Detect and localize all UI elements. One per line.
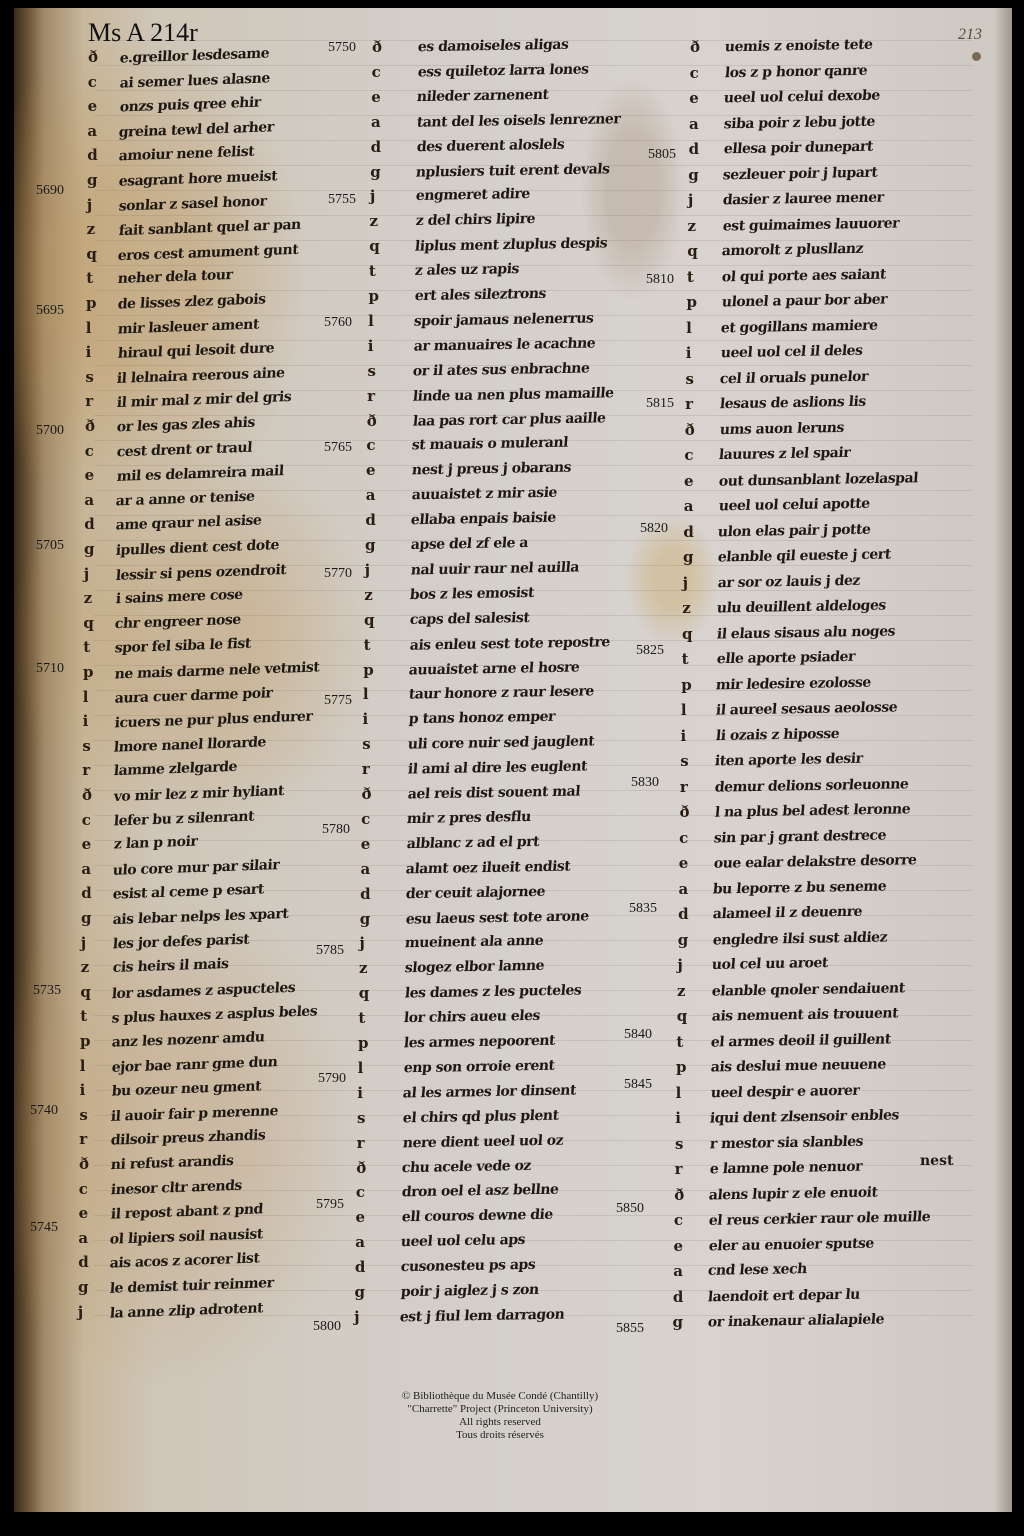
line-initial: ð [674,1186,684,1204]
line-initial: a [87,122,97,140]
line-initial: d [78,1253,89,1271]
line-initial: d [81,884,92,902]
manuscript-line: chu acele vede oz [401,1157,531,1175]
line-initial: c [366,436,375,454]
line-initial: a [355,1233,365,1251]
line-initial: d [355,1258,366,1276]
manuscript-line: z ales uz rapis [414,261,519,279]
line-number: 5850 [616,1201,644,1217]
manuscript-line: alameel il z deuenre [712,904,863,923]
line-initial: j [359,934,364,952]
manuscript-line: ar manuaires le acachne [413,335,596,354]
copyright-notice: © Bibliothèque du Musée Condé (Chantilly… [300,1390,700,1442]
line-initial: a [84,491,94,509]
line-initial: a [360,860,370,878]
manuscript-line: laendoit ert depar lu [707,1286,860,1305]
line-number: 5800 [313,1319,341,1335]
line-initial: p [676,1058,687,1076]
line-initial: a [81,860,91,878]
manuscript-line: engledre ilsi sust aldiez [712,929,888,948]
manuscript-line: alamt oez ilueit endist [406,858,572,877]
line-number: 5750 [328,40,356,56]
line-initial: c [85,442,94,460]
line-initial: ð [362,785,372,803]
line-initial: ð [88,48,98,66]
manuscript-line: al les armes lor dinsent [402,1082,576,1101]
manuscript-line: est guimaimes lauuorer [722,215,900,234]
line-initial: ð [356,1159,366,1177]
manuscript-line: nileder zarnenent [416,87,549,105]
line-number: 5780 [322,822,350,838]
ink-blot [972,52,981,61]
line-initial: c [82,811,91,829]
line-initial: q [80,983,91,1001]
line-number: 5760 [324,315,352,331]
manuscript-line: spoir jamaus nelenerrus [413,310,594,329]
manuscript-line: cel il oruals punelor [720,368,869,387]
line-initial: t [687,268,694,286]
manuscript-line: lauures z lel spair [719,445,852,463]
line-initial: e [88,97,98,115]
line-number: 5795 [316,1197,344,1213]
line-initial: r [367,387,375,405]
manuscript-line: alens lupir z ele enuoit [708,1184,878,1203]
copyright-line: Tous droits réservés [300,1429,700,1442]
manuscript-line: les armes nepoorent [403,1033,556,1052]
manuscript-line: el armes deoil il guillent [710,1031,891,1050]
line-initial: c [674,1211,683,1229]
copyright-line: "Charrette" Project (Princeton Universit… [300,1403,700,1416]
manuscript-line: elanble qnoler sendaiuent [711,980,905,999]
line-initial: i [675,1109,681,1127]
line-number: 5710 [36,661,64,677]
line-initial: r [685,395,693,413]
manuscript-line: ulu deuillent aldeloges [716,598,886,617]
line-number: 5825 [636,643,664,659]
manuscript-line: r mestor sia slanbles [709,1133,864,1152]
manuscript-line: ueel uol celui dexobe [723,88,880,107]
manuscript-line: ais deslui mue neuuene [710,1056,886,1075]
line-initial: z [84,589,93,607]
manuscript-line: auuaistet arne el hosre [408,659,580,678]
line-initial: q [369,237,380,255]
line-initial: a [371,113,381,131]
manuscript-line: nplusiers tuit erent devals [415,161,610,180]
line-initial: s [357,1109,365,1127]
line-number: 5765 [324,440,352,456]
manuscript-line: il ami al dire les euglent [407,759,588,778]
line-initial: g [365,536,376,554]
line-initial: z [364,586,373,604]
manuscript-line: ueel uol celui apotte [718,496,870,515]
manuscript-line: engmeret adire [415,186,530,204]
manuscript-line: il elaus sisaus alu noges [716,623,896,642]
line-initial: t [80,1007,87,1025]
manuscript-line: sezleuer poir j lupart [722,164,878,183]
line-initial: j [365,561,370,579]
line-number: 5775 [324,693,352,709]
manuscript-line: ums auon leruns [719,419,844,437]
line-initial: a [689,115,699,133]
manuscript-line: eler au enuoier sputse [708,1235,874,1254]
manuscript-line: uol cel uu aroet [712,955,829,973]
line-initial: z [359,959,368,977]
line-initial: j [87,196,92,214]
line-initial: r [79,1130,87,1148]
line-initial: e [689,89,699,107]
manuscript-line: ar sor oz lauis j dez [717,572,860,590]
line-initial: a [684,497,694,515]
line-number: 5845 [624,1077,652,1093]
line-initial: j [84,565,89,583]
manuscript-line: et gogillans mamiere [720,317,878,336]
manuscript-line: p tans honoz emper [408,709,555,728]
line-initial: z [87,220,96,238]
line-initial: d [678,905,689,923]
line-initial: c [361,810,370,828]
line-initial: q [687,242,698,260]
line-initial: j [683,574,688,592]
manuscript-line: li ozais z hiposse [715,725,840,743]
line-initial: ð [685,421,695,439]
margin-correction: nest [920,1153,953,1169]
manuscript-line: elanble qil eueste j cert [717,546,891,565]
line-initial: t [676,1033,683,1051]
line-initial: t [682,650,689,668]
manuscript-line: es damoiseles aligas [417,37,569,56]
line-initial: j [688,191,693,209]
manuscript-line: or inakenaur alialapiele [707,1311,885,1330]
manuscript-line: ellaba enpais baisie [411,510,557,529]
line-initial: q [83,614,94,632]
manuscript-line: tant del les oisels lenrezner [416,111,621,131]
line-initial: p [681,676,692,694]
line-initial: e [674,1237,684,1255]
line-initial: e [371,88,381,106]
manuscript-line: siba poir z lebu jotte [723,113,875,132]
line-initial: g [87,171,98,189]
line-initial: j [81,934,86,952]
manuscript-line: enp son orroie erent [403,1058,555,1077]
line-initial: i [357,1084,363,1102]
line-initial: z [370,212,379,230]
manuscript-title: Ms A 214r [88,18,198,48]
line-initial: l [368,312,374,330]
line-initial: z [677,982,686,1000]
manuscript-line: ueel despir e auorer [710,1082,860,1101]
line-initial: a [678,880,688,898]
line-initial: e [79,1204,89,1222]
manuscript-line: or il ates sus enbrachne [413,360,591,379]
line-initial: s [85,368,93,386]
line-initial: r [362,760,370,778]
manuscript-line: los z p honor qanre [724,62,868,80]
line-initial: c [684,446,693,464]
line-number: 5810 [646,272,674,288]
line-number: 5815 [646,396,674,412]
line-initial: e [85,466,95,484]
manuscript-line: ulon elas pair j potte [718,521,872,540]
manuscript-line: ael reis dist souent mal [407,784,581,803]
manuscript-line: bu leporre z bu seneme [713,878,888,897]
line-initial: s [79,1106,87,1124]
line-initial: a [673,1262,683,1280]
manuscript-line: dron oel el asz bellne [401,1182,559,1201]
manuscript-line: lesaus de aslions lis [719,394,866,413]
line-initial: g [81,909,92,927]
manuscript-line: nere dient ueel uol oz [402,1132,564,1151]
manuscript-line: ais enleu sest tote repostre [409,634,610,653]
line-initial: j [78,1303,83,1321]
manuscript-line: alblanc z ad el prt [406,834,540,852]
manuscript-line: mir ledesire ezolosse [715,674,871,693]
line-initial: g [78,1278,89,1296]
manuscript-line: apse del zf ele a [410,535,528,553]
manuscript-line: les dames z les pucteles [404,983,582,1002]
manuscript-line: lor chirs aueu eles [404,1008,541,1026]
manuscript-line: auuaistet z mir asie [411,485,557,504]
ruling-line [94,265,972,266]
line-initial: d [689,140,700,158]
manuscript-line: iten aporte les desir [714,751,863,770]
line-initial: g [678,931,689,949]
manuscript-line: ulonel a paur bor aber [721,292,888,311]
line-initial: q [86,245,97,263]
line-initial: s [680,752,688,770]
manuscript-line: st mauais o muleranl [412,435,569,454]
manuscript-line: ell couros dewne die [401,1207,553,1226]
line-initial: r [85,392,93,410]
manuscript-line: est j fiul lem darragon [399,1306,565,1325]
line-initial: z [688,217,697,235]
manuscript-line: out dunsanblant lozelaspal [718,470,919,489]
line-initial: e [356,1208,366,1226]
line-number: 5705 [36,538,64,554]
line-initial: g [355,1283,366,1301]
manuscript-line: ais nemuent ais trouuent [711,1005,899,1024]
manuscript-line: laa pas rort car plus aaille [412,410,606,429]
line-number: 5745 [30,1220,58,1236]
line-initial: ð [79,1155,89,1173]
manuscript-line: linde ua nen plus mamaille [412,385,614,404]
line-number: 5790 [318,1071,346,1087]
line-initial: g [683,548,694,566]
manuscript-line: ueel uol celu aps [400,1232,526,1250]
line-initial: i [681,727,687,745]
line-initial: d [87,146,98,164]
line-initial: r [675,1160,683,1178]
line-initial: ð [372,38,382,56]
line-initial: i [86,343,92,361]
manuscript-line: mueinent ala anne [405,933,545,951]
line-initial: ð [680,803,690,821]
line-initial: s [82,737,90,755]
line-number: 5805 [648,147,676,163]
line-initial: t [86,269,93,287]
line-initial: d [365,511,376,529]
line-initial: s [685,370,693,388]
manuscript-line: il aureel sesaus aeolosse [715,699,898,718]
line-initial: s [362,735,370,753]
line-initial: j [354,1308,359,1326]
line-initial: q [682,625,693,643]
manuscript-line: esu laeus sest tote arone [405,908,589,927]
line-initial: g [370,163,381,181]
manuscript-line: cusonesteu ps aps [400,1257,536,1275]
manuscript-line: dasier z lauree mener [722,190,884,209]
line-number: 5695 [36,303,64,319]
manuscript-line: e lamne pole nenuor [709,1159,862,1178]
line-initial: d [84,515,95,533]
line-initial: q [364,611,375,629]
line-number: 5830 [631,775,659,791]
line-initial: ð [85,417,95,435]
manuscript-line: cnd lese xech [707,1261,807,1279]
line-initial: r [82,761,90,779]
line-initial: a [78,1229,88,1247]
manuscript-line: amorolt z plusllanz [721,241,864,259]
line-initial: g [673,1313,684,1331]
line-number: 5755 [328,192,356,208]
line-initial: q [677,1007,688,1025]
manuscript-line: el chirs qd plus plent [402,1107,559,1126]
line-initial: i [686,344,692,362]
line-initial: l [681,701,687,719]
line-initial: a [366,486,376,504]
manuscript-line: uemis z enoiste tete [724,37,873,56]
line-initial: i [368,337,374,355]
line-initial: c [356,1183,365,1201]
line-initial: p [83,663,94,681]
manuscript-line: bos z les emosist [409,585,534,603]
line-initial: q [359,984,370,1002]
manuscript-line: slogez elbor lamne [404,958,545,976]
line-number: 5740 [30,1103,58,1119]
line-number: 5785 [316,943,344,959]
line-initial: r [357,1134,365,1152]
copyright-line: © Bibliothèque du Musée Condé (Chantilly… [300,1390,700,1403]
manuscript-line: elle aporte psiader [716,649,855,667]
line-initial: p [86,294,97,312]
manuscript-line: ert ales sileztrons [414,286,546,304]
line-initial: c [690,64,699,82]
line-initial: i [363,710,369,728]
manuscript-line: mir z pres desflu [406,809,531,827]
manuscript-line: poir j aiglez j s zon [400,1282,539,1300]
manuscript-line: demur delions sorleuonne [714,776,909,795]
line-initial: t [358,1009,365,1027]
line-initial: g [688,166,699,184]
line-initial: ð [690,38,700,56]
line-initial: c [372,63,381,81]
line-number: 5840 [624,1027,652,1043]
line-initial: s [675,1135,683,1153]
line-initial: p [687,293,698,311]
line-initial: ð [82,786,92,804]
line-initial: r [680,778,688,796]
line-initial: e [366,461,376,479]
line-initial: c [88,73,97,91]
line-initial: t [364,636,371,654]
line-number: 5735 [33,983,61,999]
manuscript-line: ellesa poir dunepart [723,139,873,158]
line-initial: ð [367,412,377,430]
line-number: 5855 [616,1321,644,1337]
line-initial: l [358,1059,364,1077]
line-initial: d [371,138,382,156]
line-initial: d [673,1288,684,1306]
line-number: 5820 [640,521,668,537]
line-initial: l [83,688,89,706]
line-initial: d [683,523,694,541]
manuscript-line: ol qui porte aes saiant [721,266,886,285]
line-initial: z [81,958,90,976]
line-initial: c [679,829,688,847]
line-initial: e [684,472,694,490]
line-initial: l [363,685,369,703]
line-initial: t [83,638,90,656]
manuscript-line: ueel uol cel il deles [720,343,863,361]
line-initial: l [676,1084,682,1102]
copyright-line: All rights reserved [300,1416,700,1429]
line-number: 5770 [324,566,352,582]
line-initial: l [686,319,692,337]
manuscript-line: caps del salesist [409,610,530,628]
line-initial: l [80,1057,86,1075]
line-initial: p [363,661,374,679]
manuscript-line: des duerent aloslels [416,136,565,155]
manuscript-line: der ceuit alajornee [405,883,546,901]
line-initial: i [80,1081,86,1099]
manuscript-line: sin par j grant destrece [713,827,887,846]
line-initial: j [370,187,375,205]
line-initial: j [677,956,682,974]
line-number: 5700 [36,423,64,439]
line-initial: p [80,1032,91,1050]
line-initial: p [369,287,380,305]
manuscript-line: nest j preus j obarans [411,460,572,479]
line-initial: g [84,540,95,558]
line-initial: p [358,1034,369,1052]
line-initial: g [360,910,371,928]
manuscript-line: z lan p noir [113,834,198,853]
line-initial: i [83,712,89,730]
line-initial: d [360,885,371,903]
line-initial: s [367,362,375,380]
manuscript-line: nal uuir raur nel auilla [410,559,579,578]
line-initial: e [82,835,92,853]
line-initial: t [369,262,376,280]
line-initial: l [86,319,92,337]
manuscript-line: iqui dent zlsensoir enbles [709,1107,899,1126]
manuscript-line: ess quiletoz larra lones [417,61,589,80]
folio-number: 213 [958,26,982,44]
line-number: 5835 [629,901,657,917]
line-number: 5690 [36,183,64,199]
line-initial: e [361,835,371,853]
manuscript-line: l na plus bel adest leronne [714,801,911,820]
line-initial: e [679,854,689,872]
manuscript-line: z del chirs lipire [415,211,536,229]
line-initial: z [682,599,691,617]
line-initial: c [79,1180,88,1198]
